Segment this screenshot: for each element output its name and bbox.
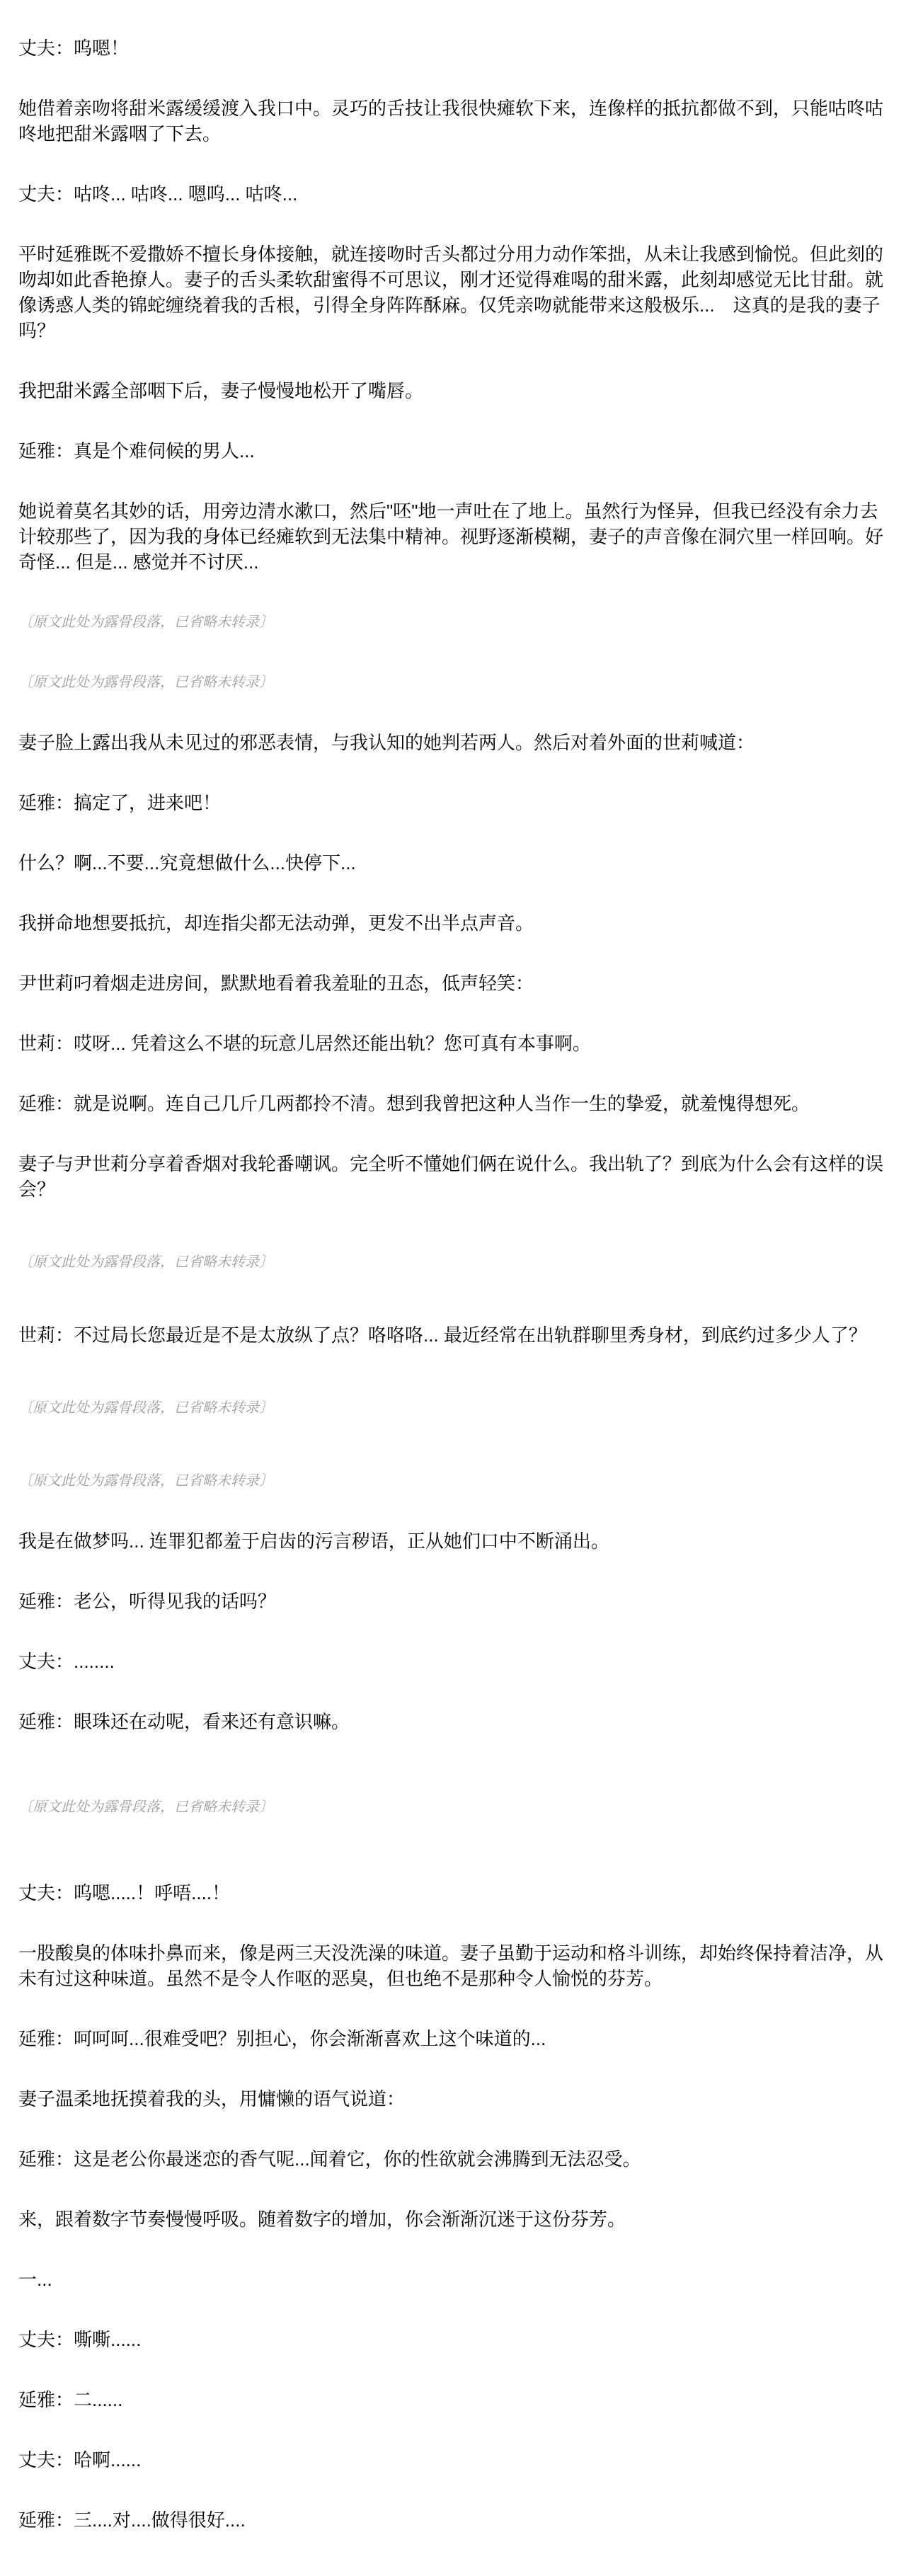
paragraph: 丈夫：嘶嘶......	[18, 2327, 888, 2352]
paragraph: 一...	[18, 2267, 888, 2292]
paragraph: 延雅：老公，听得见我的话吗？	[18, 1588, 888, 1614]
paragraph: 妻子温柔地抚摸着我的头，用慵懒的语气说道：	[18, 2086, 888, 2112]
paragraph: 延雅：眼珠还在动呢，看来还有意识嘛。	[18, 1709, 888, 1734]
paragraph: 丈夫：呜嗯.....！呼唔....！	[18, 1880, 888, 1906]
paragraph: 世莉：不过局长您最近是不是太放纵了点？咯咯咯... 最近经常在出轨群聊里秀身材，…	[18, 1322, 888, 1348]
redacted-paragraph: 〔原文此处为露骨段落，已省略未转录〕	[18, 609, 888, 635]
redacted-paragraph: 〔原文此处为露骨段落，已省略未转录〕	[18, 1769, 888, 1845]
paragraph: 来，跟着数字节奏慢慢呼吸。随着数字的增加，你会渐渐沉迷于这份芬芳。	[18, 2206, 888, 2232]
paragraph: 妻子与尹世莉分享着香烟对我轮番嘲讽。完全听不懂她们俩在说什么。我出轨了？到底为什…	[18, 1151, 888, 1202]
redacted-paragraph: 〔原文此处为露骨段落，已省略未转录〕	[18, 1383, 888, 1433]
redacted-paragraph: 〔原文此处为露骨段落，已省略未转录〕	[18, 1468, 888, 1494]
paragraph: 妻子脸上露出我从未见过的邪恶表情，与我认知的她判若两人。然后对着外面的世莉喊道：	[18, 730, 888, 755]
paragraph: 延雅：二......	[18, 2387, 888, 2412]
paragraph: 丈夫：呜嗯！	[18, 35, 888, 61]
paragraph: 延雅：真是个难伺候的男人...	[18, 438, 888, 464]
paragraph: 丈夫：哈啊......	[18, 2447, 888, 2473]
redacted-paragraph: 〔原文此处为露骨段落，已省略未转录〕	[18, 1237, 888, 1288]
paragraph: 延雅：这是老公你最迷恋的香气呢...闻着它，你的性欲就会沸腾到无法忍受。	[18, 2146, 888, 2172]
paragraph: 平时延雅既不爱撒娇不擅长身体接触，就连接吻时舌头都过分用力动作笨拙，从未让我感到…	[18, 241, 888, 343]
paragraph: 我把甜米露全部咽下后，妻子慢慢地松开了嘴唇。	[18, 378, 888, 403]
paragraph: 我拼命地想要抵抗，却连指尖都无法动弹，更发不出半点声音。	[18, 910, 888, 936]
paragraph: 我是在做梦吗... 连罪犯都羞于启齿的污言秽语，正从她们口中不断涌出。	[18, 1528, 888, 1554]
paragraph: 延雅：搞定了，进来吧！	[18, 790, 888, 815]
paragraph: 世莉：哎呀... 凭着这么不堪的玩意儿居然还能出轨？您可真有本事啊。	[18, 1031, 888, 1056]
redacted-paragraph: 〔原文此处为露骨段落，已省略未转录〕	[18, 670, 888, 695]
paragraph: 延雅：三....对....做得很好....	[18, 2507, 888, 2533]
paragraph: 丈夫：咕咚... 咕咚... 嗯呜... 咕咚...	[18, 181, 888, 207]
paragraph: 她说着莫名其妙的话，用旁边清水漱口，然后"呸"地一声吐在了地上。虽然行为怪异，但…	[18, 498, 888, 575]
paragraph: 延雅：就是说啊。连自己几斤几两都拎不清。想到我曾把这种人当作一生的挚爱，就羞愧得…	[18, 1091, 888, 1116]
paragraph: 丈夫：........	[18, 1649, 888, 1674]
paragraph: 什么？啊...不要...究竟想做什么...快停下...	[18, 850, 888, 876]
document-page: 丈夫：呜嗯！ 她借着亲吻将甜米露缓缓渡入我口中。灵巧的舌技让我很快瘫软下来，连像…	[18, 35, 888, 2533]
paragraph: 延雅：呵呵呵...很难受吧？别担心，你会渐渐喜欢上这个味道的...	[18, 2026, 888, 2051]
paragraph: 她借着亲吻将甜米露缓缓渡入我口中。灵巧的舌技让我很快瘫软下来，连像样的抵抗都做不…	[18, 96, 888, 147]
paragraph: 尹世莉叼着烟走进房间，默默地看着我羞耻的丑态，低声轻笑：	[18, 971, 888, 996]
paragraph: 一股酸臭的体味扑鼻而来，像是两三天没洗澡的味道。妻子虽勤于运动和格斗训练，却始终…	[18, 1940, 888, 1991]
